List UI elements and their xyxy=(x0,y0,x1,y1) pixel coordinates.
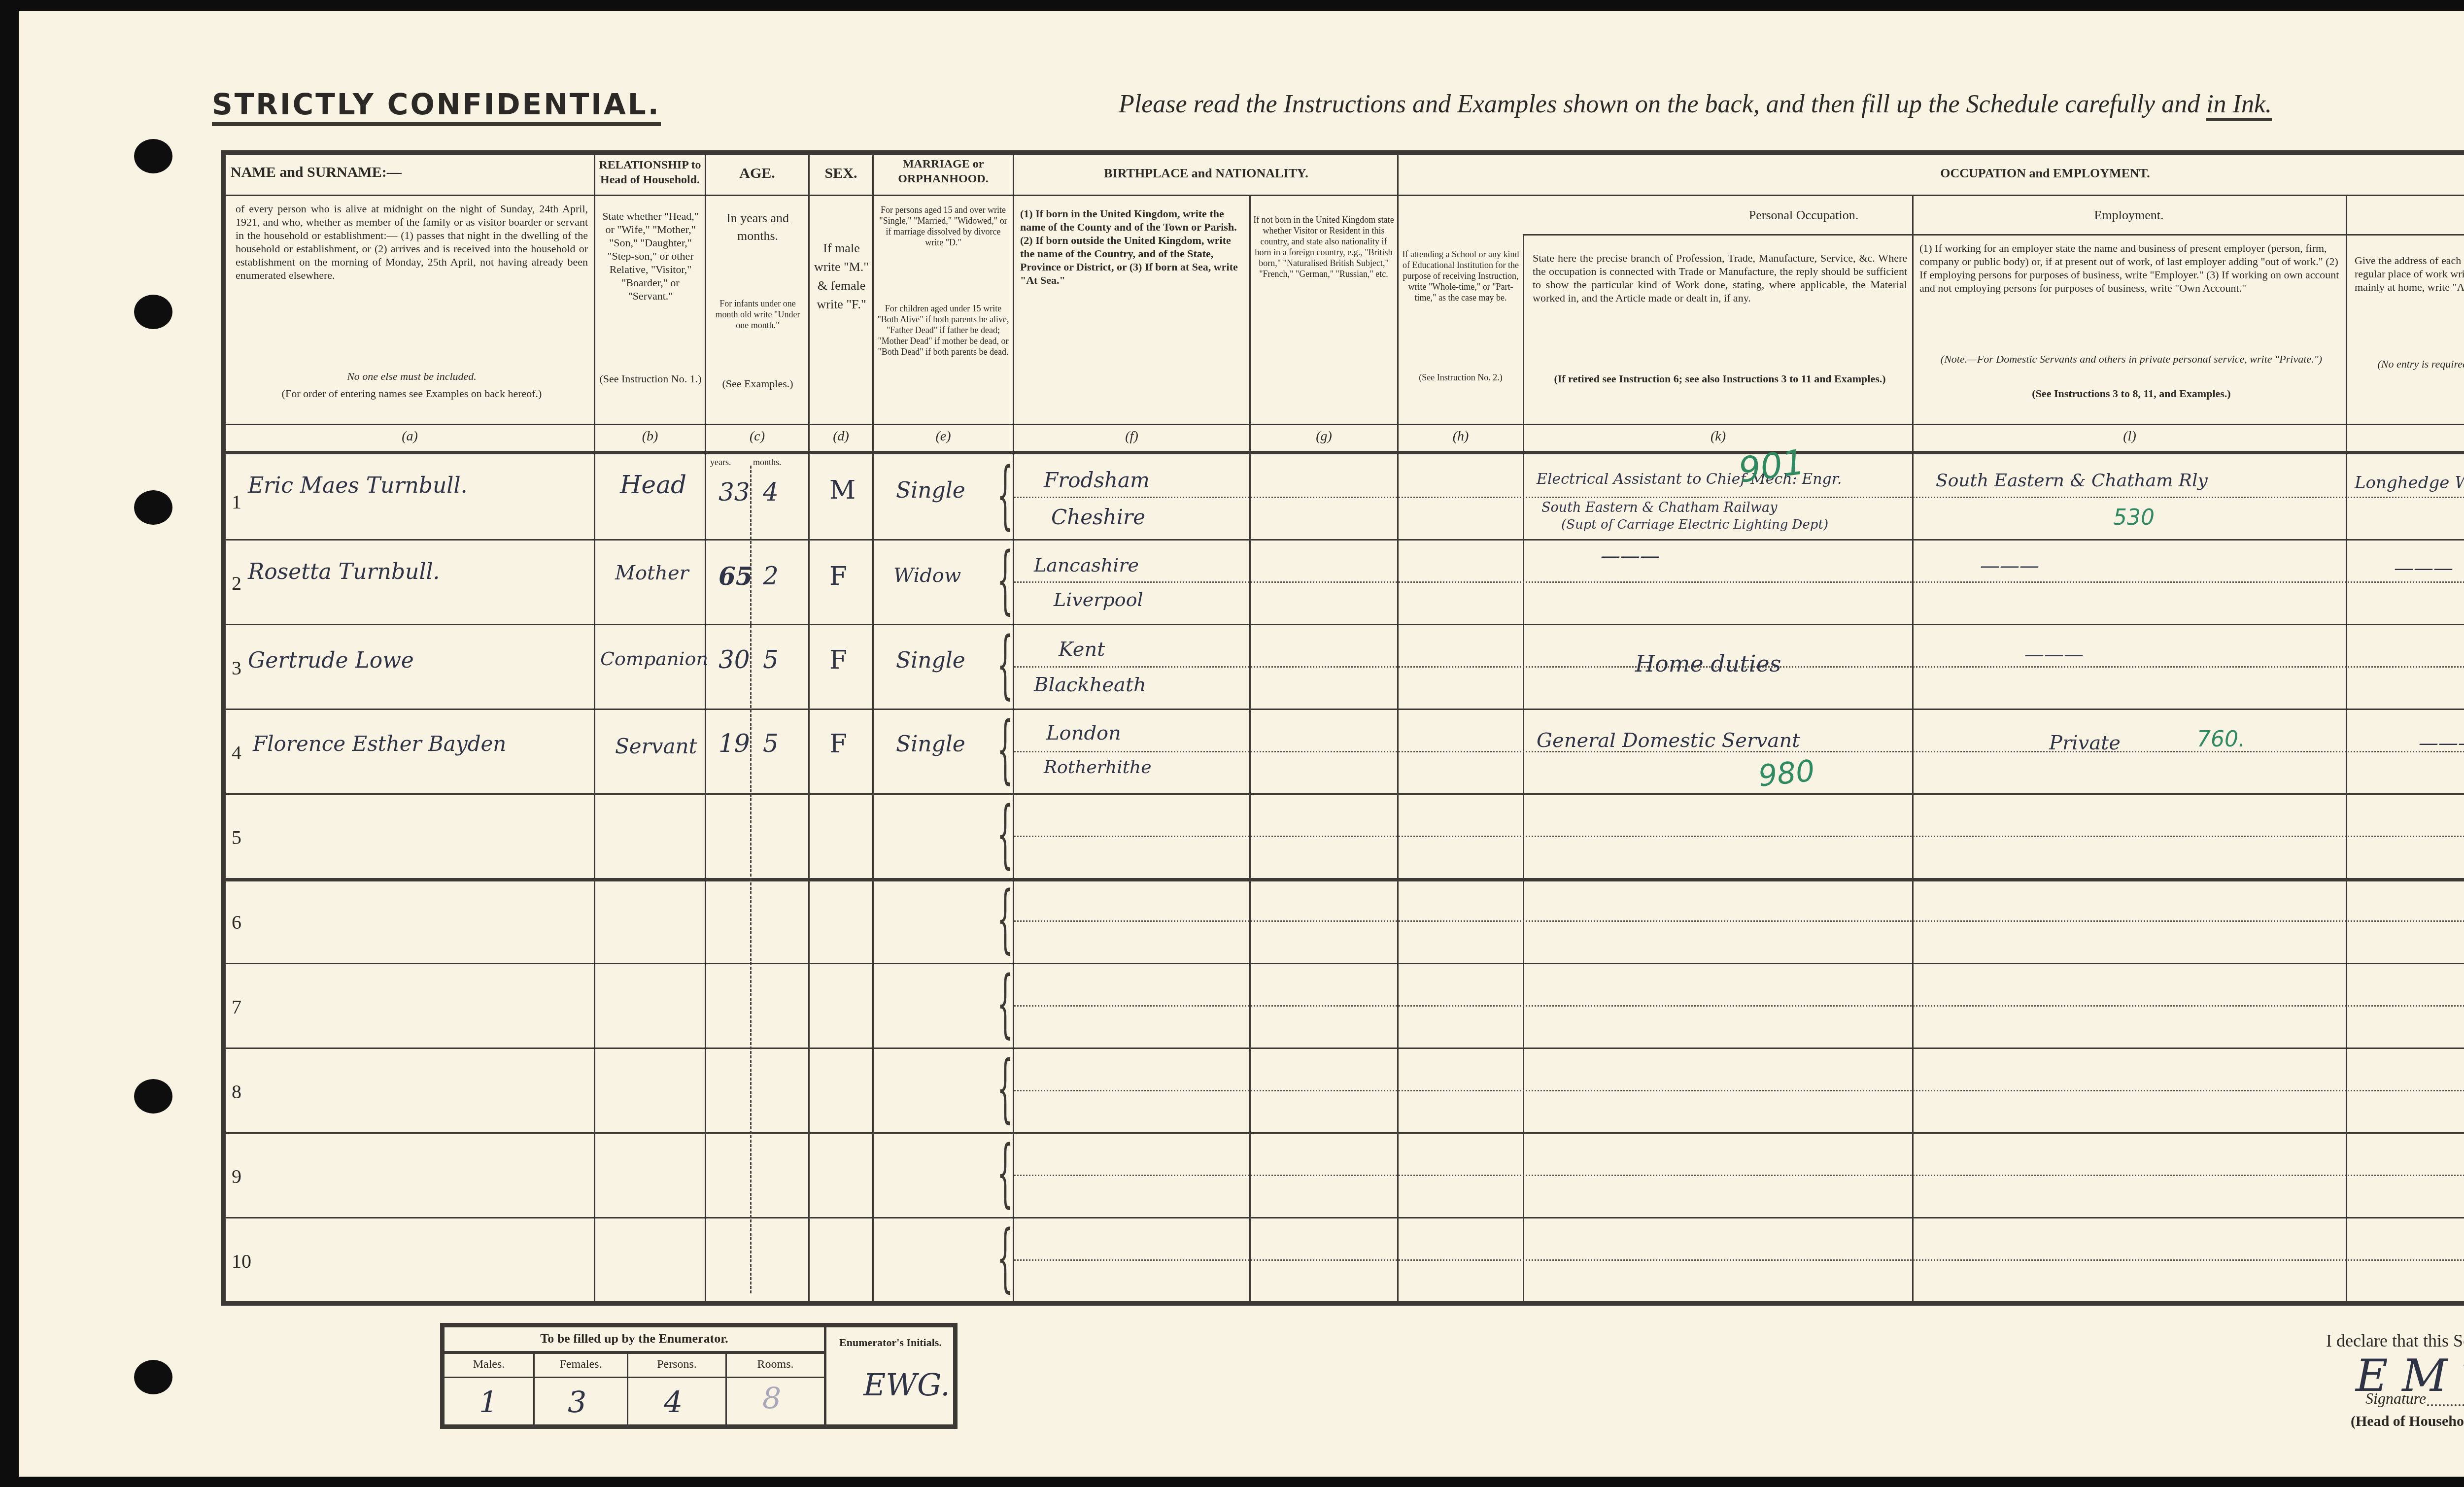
brace-icon: { xyxy=(997,882,1013,956)
col-m-note: (No entry is required for any person who… xyxy=(2355,357,2464,371)
row-number: 3 xyxy=(232,656,241,679)
person-name[interactable]: Gertrude Lowe xyxy=(248,648,414,673)
col-letter: (m) xyxy=(2347,429,2464,444)
col-c-title: AGE. xyxy=(707,165,807,182)
row-number: 7 xyxy=(232,995,241,1018)
employment-line[interactable]: South Eastern & Chatham Rly xyxy=(1936,471,2208,491)
row-divider xyxy=(226,963,2464,964)
employment-line[interactable]: ——— xyxy=(2024,643,2084,666)
occupation-line-1[interactable]: Home duties xyxy=(1635,650,1781,677)
row-midline xyxy=(1014,581,2464,583)
occupation-code: 980 xyxy=(1757,753,1816,794)
row-number: 4 xyxy=(232,741,241,764)
person-relationship[interactable]: Companion xyxy=(600,648,708,670)
header-divider xyxy=(226,424,2464,425)
header-divider xyxy=(226,451,2464,454)
col-divider xyxy=(1523,234,1524,1301)
person-marriage[interactable]: Widow xyxy=(893,564,961,587)
col-k-footer: (If retired see Instruction 6; see also … xyxy=(1533,372,1907,385)
col-letter: (l) xyxy=(1914,429,2346,444)
person-sex[interactable]: F xyxy=(829,729,847,759)
employment-code: 760. xyxy=(2197,727,2245,752)
col-letter: (e) xyxy=(874,429,1013,444)
col-a-body: of every person who is alive at midnight… xyxy=(236,202,588,282)
col-h-footer: (See Instruction No. 2.) xyxy=(1400,372,1522,383)
person-age-months[interactable]: 4 xyxy=(763,478,779,507)
row-number: 10 xyxy=(232,1250,251,1273)
punch-hole xyxy=(134,490,172,525)
row-midline xyxy=(1014,1259,2464,1261)
summary-value-males[interactable]: 1 xyxy=(479,1386,498,1420)
person-age-years[interactable]: 30 xyxy=(719,645,750,674)
workplace-line[interactable]: ——— xyxy=(2394,557,2453,579)
summary-label-rooms: Rooms. xyxy=(727,1358,824,1371)
col-l-title: Employment. xyxy=(1915,207,2343,224)
col-b-body: State whether "Head," or "Wife," "Mother… xyxy=(599,209,702,303)
summary-label-persons: Persons. xyxy=(628,1358,725,1371)
col-divider xyxy=(2346,195,2347,1301)
workplace-line[interactable]: Longhedge Works - Battersea xyxy=(2355,473,2464,493)
brace-icon: { xyxy=(997,458,1013,532)
person-age-years[interactable]: 33 xyxy=(719,478,750,507)
row-number: 1 xyxy=(232,490,241,513)
col-c-sub: For infants under one month old write "U… xyxy=(712,298,803,331)
person-name[interactable]: Eric Maes Turnbull. xyxy=(248,473,467,498)
summary-title: To be filled up by the Enumerator. xyxy=(445,1331,824,1346)
row-divider xyxy=(226,878,2464,881)
row-midline xyxy=(1014,1005,2464,1007)
person-relationship[interactable]: Mother xyxy=(615,562,689,584)
col-l-body: (1) If working for an employer state the… xyxy=(1919,241,2343,295)
row-divider xyxy=(226,1217,2464,1218)
row-number: 5 xyxy=(232,826,241,849)
col-letter: (h) xyxy=(1399,429,1523,444)
birthplace-line-1[interactable]: London xyxy=(1046,722,1121,744)
col-divider xyxy=(1249,195,1251,1301)
col-occ-title: OCCUPATION and EMPLOYMENT. xyxy=(1400,165,2464,182)
col-d-body: If male write "M." & female write "F." xyxy=(813,239,870,314)
col-divider xyxy=(1397,155,1399,1301)
workplace-line[interactable]: ——— xyxy=(2419,732,2464,754)
birthplace-line-1[interactable]: Frodsham xyxy=(1044,468,1150,492)
summary-label-females: Females. xyxy=(535,1358,627,1371)
row-divider xyxy=(226,1132,2464,1134)
col-a-title: NAME and SURNAME:— xyxy=(231,164,428,181)
age-years-label: years. xyxy=(710,457,731,468)
declaration-text: I declare that this Schedule is correctl… xyxy=(2326,1330,2464,1351)
col-e-body: For persons aged 15 and over write "Sing… xyxy=(877,204,1009,248)
person-age-months[interactable]: 2 xyxy=(763,562,779,590)
summary-value-persons[interactable]: 4 xyxy=(664,1386,683,1420)
brace-icon: { xyxy=(997,543,1013,617)
col-letter: (a) xyxy=(226,429,594,444)
enumerator-summary-box: To be filled up by the Enumerator. Enume… xyxy=(440,1323,958,1429)
row-midline xyxy=(1014,836,2464,837)
person-sex[interactable]: M xyxy=(829,475,856,505)
occupation-line-1[interactable]: General Domestic Servant xyxy=(1537,729,1800,752)
instruction-text: Please read the Instructions and Example… xyxy=(1119,90,2206,118)
col-d-title: SEX. xyxy=(811,165,871,182)
row-divider xyxy=(226,539,2464,541)
census-table: NAME and SURNAME:— of every person who i… xyxy=(221,150,2464,1306)
col-m-body: Give the address of each person's place … xyxy=(2355,254,2464,294)
row-divider xyxy=(226,624,2464,625)
brace-icon: { xyxy=(997,797,1013,871)
col-letter: (f) xyxy=(1014,429,1249,444)
col-letter: (g) xyxy=(1251,429,1397,444)
person-age-months[interactable]: 5 xyxy=(763,729,779,758)
age-months-label: months. xyxy=(753,457,782,468)
brace-icon: { xyxy=(997,628,1013,702)
row-midline xyxy=(1014,1175,2464,1176)
birthplace-line-1[interactable]: Lancashire xyxy=(1034,554,1139,576)
row-midline xyxy=(1014,497,2464,498)
col-divider xyxy=(594,155,595,1301)
col-letter: (c) xyxy=(706,429,808,444)
col-divider xyxy=(1912,195,1914,1301)
brace-icon: { xyxy=(997,1136,1013,1210)
col-k-body: State here the precise branch of Profess… xyxy=(1533,251,1907,304)
row-midline xyxy=(1014,1090,2464,1091)
person-sex[interactable]: F xyxy=(829,562,847,591)
col-f-body: (1) If born in the United Kingdom, write… xyxy=(1020,207,1247,287)
header-divider xyxy=(1397,195,2464,196)
initials-value[interactable]: EWG. xyxy=(863,1367,950,1403)
col-c-body: In years and months. xyxy=(712,209,803,245)
punch-hole xyxy=(134,295,172,329)
birthplace-line-2[interactable]: Rotherhithe xyxy=(1044,757,1152,777)
birthplace-line-1[interactable]: Kent xyxy=(1059,638,1105,661)
row-midline xyxy=(1014,920,2464,922)
col-m-title: Place of Work. xyxy=(2348,207,2464,224)
employment-line[interactable]: Private xyxy=(2049,732,2121,754)
col-b-footer: (See Instruction No. 1.) xyxy=(599,372,702,385)
col-e-title: MARRIAGE or ORPHANHOOD. xyxy=(875,157,1012,186)
brace-icon: { xyxy=(997,967,1013,1041)
person-age-months[interactable]: 5 xyxy=(763,645,779,674)
birthplace-line-2[interactable]: Cheshire xyxy=(1051,505,1145,529)
row-number: 9 xyxy=(232,1165,241,1188)
col-letter: (b) xyxy=(595,429,705,444)
col-e-sub: For children aged under 15 write "Both A… xyxy=(877,303,1009,357)
col-l-footer: (See Instructions 3 to 8, 11, and Exampl… xyxy=(1919,387,2343,400)
col-c-footer: (See Examples.) xyxy=(712,377,803,390)
brace-icon: { xyxy=(997,1051,1013,1125)
person-relationship[interactable]: Head xyxy=(620,471,686,499)
row-number: 2 xyxy=(232,572,241,595)
person-marriage[interactable]: Single xyxy=(896,648,965,673)
person-sex[interactable]: F xyxy=(829,645,847,675)
person-marriage[interactable]: Single xyxy=(896,478,965,503)
birthplace-line-2[interactable]: Liverpool xyxy=(1054,589,1143,610)
row-number: 8 xyxy=(232,1080,241,1103)
header-divider xyxy=(1523,234,2464,236)
col-divider xyxy=(808,155,810,1301)
col-divider xyxy=(872,155,874,1301)
instruction-ink: in Ink. xyxy=(2206,90,2272,121)
person-marriage[interactable]: Single xyxy=(896,732,965,757)
occupation-line-2[interactable]: South Eastern & Chatham Railway xyxy=(1541,500,1777,515)
brace-icon: { xyxy=(997,1221,1013,1295)
summary-divider xyxy=(445,1377,824,1378)
row-divider xyxy=(226,709,2464,710)
brace-icon: { xyxy=(997,712,1013,786)
person-name[interactable]: Florence Esther Bayden xyxy=(253,732,506,756)
col-letter: (d) xyxy=(810,429,872,444)
header-divider xyxy=(226,195,1397,196)
person-relationship[interactable]: Servant xyxy=(615,734,697,758)
col-divider xyxy=(705,155,706,1301)
person-age-years[interactable]: 65 xyxy=(719,562,753,591)
occupation-line-1[interactable]: ——— xyxy=(1601,544,1660,567)
summary-value-rooms[interactable]: 8 xyxy=(762,1382,781,1416)
punch-hole xyxy=(134,1079,172,1114)
col-letter: (k) xyxy=(1524,429,1912,444)
signature-note: (Head of Household, Manager of Establish… xyxy=(2351,1413,2464,1430)
summary-label-males: Males. xyxy=(445,1358,533,1371)
employment-code: 530 xyxy=(2113,505,2155,530)
summary-value-females[interactable]: 3 xyxy=(568,1386,586,1420)
person-age-years[interactable]: 19 xyxy=(719,729,750,758)
punch-hole xyxy=(134,139,172,173)
signature-line[interactable] xyxy=(2427,1404,2464,1406)
row-divider xyxy=(226,1048,2464,1049)
initials-label: Enumerator's Initials. xyxy=(826,1336,955,1349)
col-h-body: If attending a School or any kind of Edu… xyxy=(1400,249,1522,303)
signature-label: Signature xyxy=(2365,1389,2426,1408)
row-number: 6 xyxy=(232,911,241,934)
row-divider xyxy=(226,793,2464,795)
birthplace-line-2[interactable]: Blackheath xyxy=(1034,674,1146,696)
col-g-body: If not born in the United Kingdom state … xyxy=(1252,214,1396,279)
col-a-note: No one else must be included. xyxy=(236,370,588,383)
summary-divider xyxy=(445,1351,824,1354)
instruction-line: Please read the Instructions and Example… xyxy=(1119,90,2272,119)
occupation-line-3[interactable]: (Supt of Carriage Electric Lighting Dept… xyxy=(1561,517,1828,532)
person-name[interactable]: Rosetta Turnbull. xyxy=(248,559,440,584)
col-a-footer: (For order of entering names see Example… xyxy=(236,387,588,400)
col-b-title: RELATIONSHIP to Head of Household. xyxy=(596,158,704,187)
col-l-note: (Note.—For Domestic Servants and others … xyxy=(1919,352,2343,366)
punch-hole xyxy=(134,1360,172,1394)
col-fg-title: BIRTHPLACE and NATIONALITY. xyxy=(1015,165,1397,182)
employment-line[interactable]: ——— xyxy=(1980,554,2039,577)
confidential-heading: STRICTLY CONFIDENTIAL. xyxy=(212,88,661,126)
